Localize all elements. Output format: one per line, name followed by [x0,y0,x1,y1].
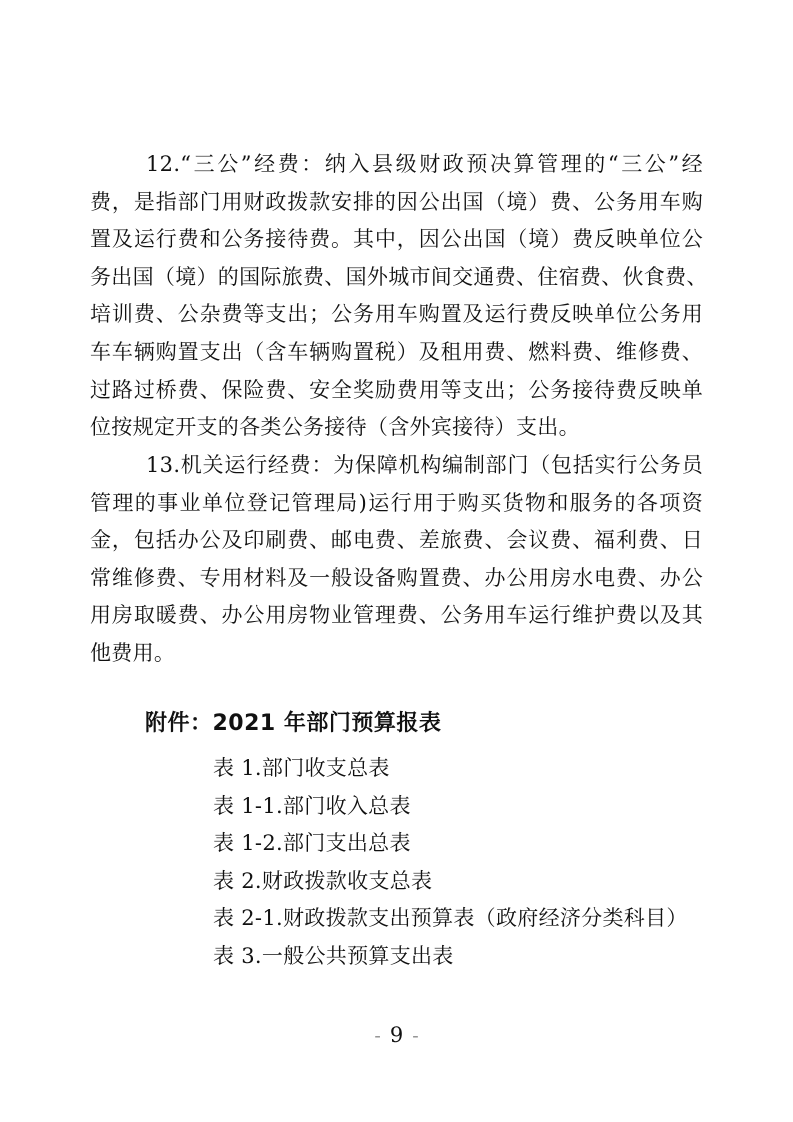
attachment-table-list: 表 1.部门收支总表 表 1-1.部门收入总表 表 1-2.部门支出总表 表 2… [90,750,703,976]
text-line: 13.机关运行经费：为保障机构编制部门（包括实行公务员 [90,447,703,485]
text-line: 置及运行费和公务接待费。其中，因公出国（境）费反映单位公 [90,221,703,259]
text-line: 费，是指部门用财政拨款安排的因公出国（境）费、公务用车购 [90,184,703,222]
text-line: 常维修费、专用材料及一般设备购置费、办公用房水电费、办公 [90,560,703,598]
text-line: 车车辆购置支出（含车辆购置税）及租用费、燃料费、维修费、 [90,334,703,372]
text-line: 培训费、公杂费等支出；公务用车购置及运行费反映单位公务用 [90,296,703,334]
attachment-list-item: 表 1-2.部门支出总表 [90,825,703,863]
text-line: 金，包括办公及印刷费、邮电费、差旅费、会议费、福利费、日 [90,522,703,560]
page-number: 9 [390,1023,403,1047]
text-line: 12.“三公”经费：纳入县级财政预决算管理的“三公”经 [90,146,703,184]
footer-right-dash: - [403,1025,427,1047]
paragraph-12: 12.“三公”经费：纳入县级财政预决算管理的“三公”经 费，是指部门用财政拨款安… [90,146,703,447]
text-line: 过路过桥费、保险费、安全奖励费用等支出；公务接待费反映单 [90,372,703,410]
attachment-list-item: 表 1-1.部门收入总表 [90,788,703,826]
text-line: 管理的事业单位登记管理局)运行用于购买货物和服务的各项资 [90,485,703,523]
attachment-list-item: 表 3.一般公共预算支出表 [90,938,703,976]
text-line: 他费用。 [90,635,703,673]
page-footer: -9- [0,1020,793,1051]
attachment-list-item: 表 2.财政拨款收支总表 [90,863,703,901]
paragraph-13: 13.机关运行经费：为保障机构编制部门（包括实行公务员 管理的事业单位登记管理局… [90,447,703,673]
attachment-heading: 附件：2021 年部门预算报表 [145,705,441,743]
footer-left-dash: - [365,1025,389,1047]
document-page: 12.“三公”经费：纳入县级财政预决算管理的“三公”经 费，是指部门用财政拨款安… [0,0,793,1122]
attachment-list-item: 表 2-1.财政拨款支出预算表（政府经济分类科目） [90,900,703,938]
text-line: 位按规定开支的各类公务接待（含外宾接待）支出。 [90,409,703,447]
attachment-section: 附件：2021 年部门预算报表 [90,705,703,745]
text-line: 务出国（境）的国际旅费、国外城市间交通费、住宿费、伙食费、 [90,259,703,297]
attachment-list-item: 表 1.部门收支总表 [90,750,703,788]
text-line: 用房取暖费、办公用房物业管理费、公务用车运行维护费以及其 [90,597,703,635]
